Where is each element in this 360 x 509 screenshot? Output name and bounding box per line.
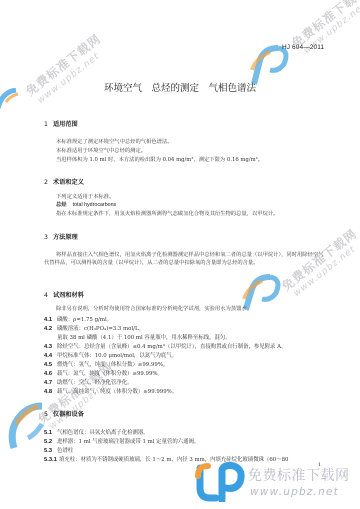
document-page: 免费标准下载网 www.upbz.net 免费标准下载网 www.upbz.ne… — [0, 0, 360, 509]
paragraph: 下列定义适用于本标准。 — [56, 193, 114, 201]
up-logo-icon — [8, 394, 48, 450]
definition-text: 指在本标准规定条件下，用氢火焰检测器所测得气态碳氢化合物及其衍生物的总量，以甲烷… — [56, 210, 278, 218]
list-item: 5.1气相色谱仪：具氢火焰离子化检测器。 — [44, 428, 149, 436]
term-definition-heading: 总烃total hydrocarbons — [56, 201, 116, 209]
list-item: 4.1磷酸：ρ=1.75 g/ml。 — [44, 315, 112, 323]
section-1-heading: 1适用范围 — [44, 119, 78, 128]
standard-code: HJ 604—2011 — [282, 44, 324, 51]
item-text: 磷酸溶液：c(H₃PO₄)=3.3 mol/L。 — [57, 326, 144, 332]
item-number: 5.3 — [44, 448, 57, 454]
section-number: 5 — [44, 411, 53, 418]
watermark-url-text: www.upbz.net — [36, 51, 102, 106]
list-item: 4.3除烃空气：总烃含量（含氧峰）≤0.4 mg/m³（以甲烷计），直接购置或自… — [44, 342, 286, 350]
item-text: 载气：高纯氮气，纯度（体积分数）≥99.999%。 — [57, 389, 177, 395]
term-cn: 总烃 — [56, 202, 67, 208]
item-text: 进样器：1 ml 气密玻璃注射器或带 1 ml 定量管的六通阀。 — [57, 439, 199, 445]
item-text: 填充柱：材质为不锈钢或硬质玻璃，长 1～2 m，内径 3 mm，内填充硅烷化玻璃… — [59, 457, 288, 463]
item-number: 4.1 — [44, 317, 57, 323]
section-5-heading: 5仪器和设备 — [44, 409, 84, 418]
item-text: 量取 38 ml 磷酸（4.1）于 100 ml 容量瓶中，用水稀释至标线，混匀… — [57, 335, 231, 341]
watermark-mid-right: 免费标准下载网 www.upbz.net — [240, 225, 360, 315]
item-number: 4.5 — [44, 362, 57, 368]
list-item: 5.2进样器：1 ml 气密玻璃注射器或带 1 ml 定量管的六通阀。 — [44, 437, 199, 445]
list-item: 量取 38 ml 磷酸（4.1）于 100 ml 容量瓶中，用水稀释至标线，混匀… — [57, 333, 231, 341]
item-text: 燃烧气：氢气，纯度（体积分数）≥99.99%。 — [57, 362, 168, 368]
watermark-url-text: www.upbz.net — [250, 486, 339, 498]
paragraph: 将样品直接注入气相色谱仪，用氢火焰离子化检测器测定样品中总烃和氧二者的总量（以甲… — [44, 251, 326, 267]
section-title: 方法原理 — [53, 234, 78, 241]
section-number: 3 — [44, 234, 53, 241]
list-item: 4.7助燃气：空气，经净化管净化。 — [44, 378, 132, 386]
term-en: total hydrocarbons — [73, 202, 117, 208]
paragraph: 本标准规定了测定环境空气中总烃的气相色谱法。 — [56, 138, 173, 146]
section-title: 术语和定义 — [53, 179, 84, 186]
item-number: 4.6 — [44, 371, 57, 377]
item-number: 4.7 — [44, 380, 57, 386]
list-item: 4.5燃烧气：氢气，纯度（体积分数）≥99.99%。 — [44, 360, 168, 368]
watermark-cn-text: 免费标准下载网 — [248, 465, 350, 485]
list-item: 4.2磷酸溶液：c(H₃PO₄)=3.3 mol/L。 — [44, 324, 144, 332]
item-text: 色谱柱 — [57, 448, 73, 454]
section-number: 1 — [44, 121, 53, 128]
section-number: 2 — [44, 179, 53, 186]
page-number: 1 — [318, 462, 321, 468]
list-item: 4.4甲烷标准气体：10.0 μmol/mol，以氮气为底气。 — [44, 351, 177, 359]
paragraph: 除非另有说明，分析时均使用符合国家标准的分析纯化学试剂，实验用水为蒸馏水。 — [56, 305, 252, 313]
item-number: 4.2 — [44, 326, 57, 332]
section-number: 4 — [44, 292, 53, 299]
document-title: 环境空气 总烃的测定 气相色谱法 — [0, 80, 360, 94]
paragraph: 本标准适用于环境空气中总烃的测定。 — [56, 147, 146, 155]
item-number: 5.3.1 — [44, 457, 59, 463]
section-4-heading: 4试剂和材料 — [44, 290, 84, 299]
up-logo-icon — [194, 462, 248, 502]
item-number: 4.8 — [44, 389, 57, 395]
item-text: 气相色谱仪：具氢火焰离子化检测器。 — [57, 430, 149, 436]
section-title: 仪器和设备 — [53, 411, 84, 418]
item-text: 甲烷标准气体：10.0 μmol/mol，以氮气为底气。 — [57, 353, 177, 359]
section-2-heading: 2术语和定义 — [44, 177, 84, 186]
section-title: 试剂和材料 — [53, 292, 84, 299]
item-text: 磷酸：ρ=1.75 g/ml。 — [57, 317, 112, 323]
item-text: 载气：氮气，纯度（体积分数）≥99.99%。 — [57, 371, 163, 377]
section-title: 适用范围 — [53, 121, 78, 128]
list-item: 5.3.1填充柱：材质为不锈钢或硬质玻璃，长 1～2 m，内径 3 mm，内填充… — [44, 455, 288, 463]
section-3-heading: 3方法原理 — [44, 232, 78, 241]
item-text: 助燃气：空气，经净化管净化。 — [57, 380, 132, 386]
item-number: 4.4 — [44, 353, 57, 359]
item-number: 5.1 — [44, 430, 57, 436]
list-item: 4.8载气：高纯氮气，纯度（体积分数）≥99.999%。 — [44, 387, 177, 395]
paragraph: 当进样体积为 1.0 ml 时，本方法的检出限为 0.04 mg/m³，测定下限… — [56, 156, 263, 164]
item-number: 4.3 — [44, 344, 57, 350]
item-number: 5.2 — [44, 439, 57, 445]
list-item: 4.6载气：氮气，纯度（体积分数）≥99.99%。 — [44, 369, 163, 377]
item-text: 除烃空气：总烃含量（含氧峰）≤0.4 mg/m³（以甲烷计），直接购置或自行制备… — [57, 344, 286, 350]
list-item: 5.3色谱柱 — [44, 446, 73, 454]
